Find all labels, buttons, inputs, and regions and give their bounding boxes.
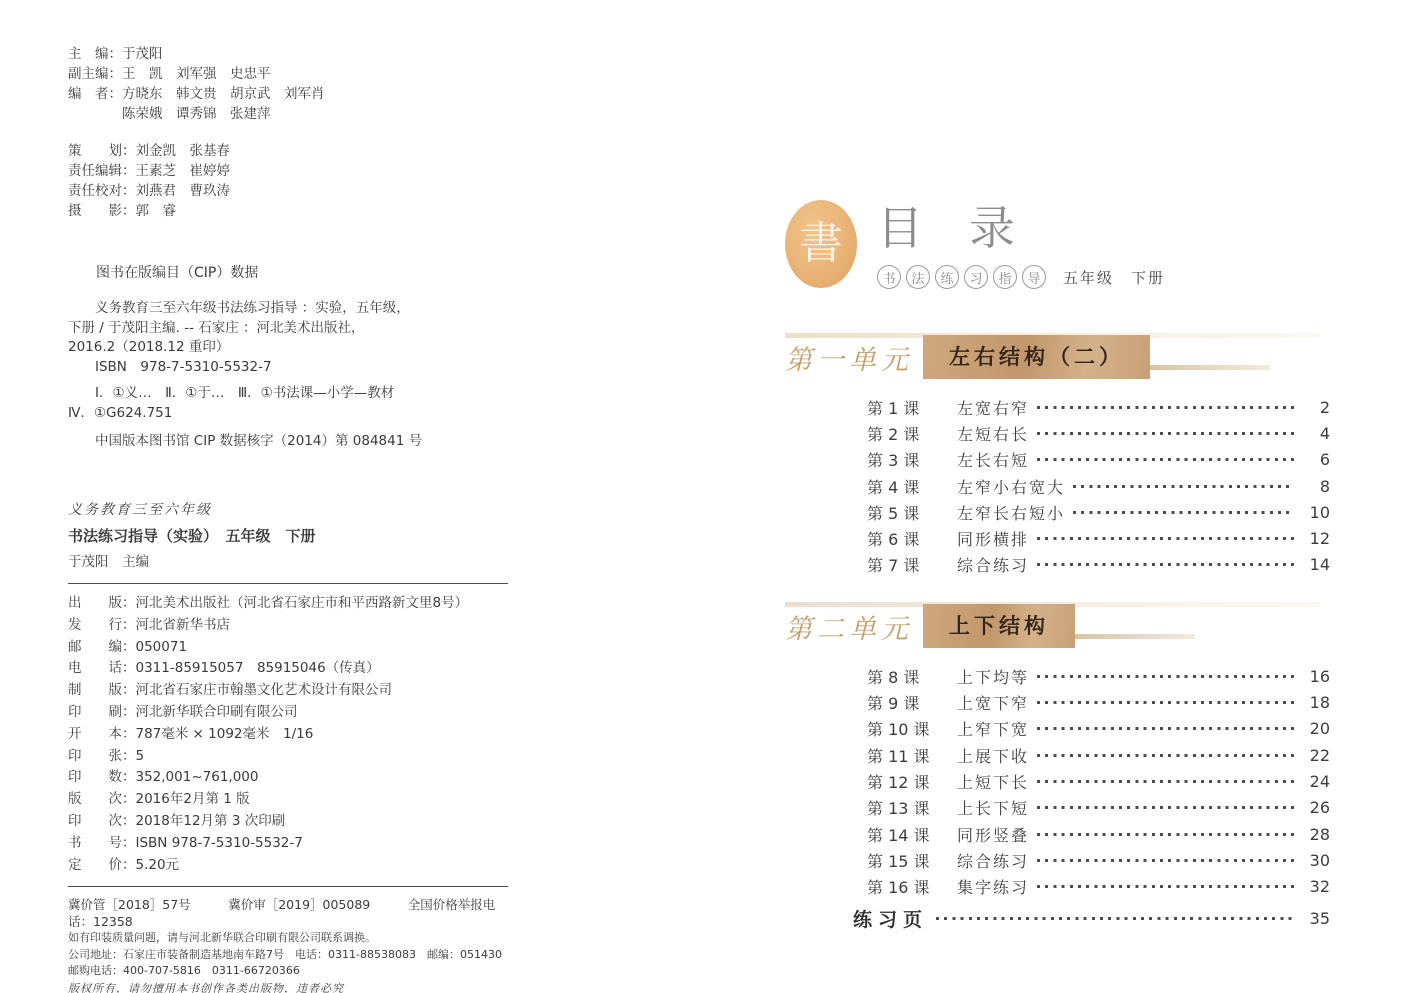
lesson-title: 同形横排 [957, 527, 1029, 550]
cip-paragraph: 义务教育三至六年级书法练习指导 ：实验，五年级，下册 / 于茂阳主编. -- 石… [68, 299, 707, 377]
page-number: 24 [1302, 772, 1330, 791]
page-number: 12 [1302, 529, 1330, 548]
dotted-leader [1037, 675, 1294, 678]
lesson-number: 第 8 课 [867, 665, 957, 688]
toc-page-title: 目 录 [877, 200, 1165, 256]
toc-entry: 第 1 课 左宽右窄 2 [867, 394, 1330, 420]
lesson-number: 第 5 课 [867, 501, 957, 524]
toc-header: 書 目 录 书法练习指导 五年级 下册 [785, 200, 1330, 289]
page-number: 22 [1302, 746, 1330, 765]
toc-subtitle: 书法练习指导 五年级 下册 [877, 265, 1165, 289]
fine-print-line: 如有印装质量问题，请与河北新华联合印刷有限公司联系调换。 [68, 930, 513, 947]
unit-2-title: 上下结构 [949, 613, 1049, 638]
unit-1-lesson-list: 第 1 课 左宽右窄 2 第 2 课 左短右长 4 第 3 课 [785, 394, 1330, 578]
lesson-number: 第 15 课 [867, 849, 957, 872]
dotted-leader [1037, 780, 1294, 783]
lesson-number: 第 3 课 [867, 448, 957, 471]
page-number: 2 [1302, 398, 1330, 417]
staff-line: 陈荣娥 谭秀锦 张建萍 [68, 104, 707, 124]
cip-line: ISBN 978-7-5310-5532-7 [68, 358, 707, 378]
page-number: 6 [1302, 450, 1330, 469]
grade-volume-label: 五年级 下册 [1063, 267, 1165, 288]
lesson-number: 第 6 课 [867, 527, 957, 550]
staff-line: 责任校对：刘燕君 曹玖涛 [68, 181, 707, 201]
copyright-line: 版权所有，请勿擅用本书创作各类出版物，违者必究 [68, 980, 513, 993]
page-number: 8 [1302, 477, 1330, 496]
unit-1-title: 左右结构（二） [949, 344, 1124, 369]
publication-line: 出 版：河北美术出版社（河北省石家庄市和平西路新文里8号） [68, 593, 707, 615]
publication-line: 定 价：5.20元 [68, 855, 707, 877]
circled-char: 导 [1022, 265, 1046, 289]
staff-line: 策 划：刘金凯 张基春 [68, 141, 707, 161]
dotted-leader [1037, 432, 1294, 435]
lesson-title: 上窄下宽 [957, 717, 1029, 740]
toc-page: 書 目 录 书法练习指导 五年级 下册 第一单元 左右结构（二） [707, 0, 1413, 993]
publication-line: 印 刷：河北新华联合印刷有限公司 [68, 702, 707, 724]
cip-data-block: 图书在版编目（CIP）数据 义务教育三至六年级书法练习指导 ：实验，五年级，下册… [68, 263, 707, 451]
publication-line: 邮 编：050071 [68, 637, 707, 659]
cip-line: 义务教育三至六年级书法练习指导 ：实验，五年级， [68, 299, 707, 319]
publication-info: 出 版：河北美术出版社（河北省石家庄市和平西路新文里8号）发 行：河北省新华书店… [68, 593, 707, 876]
lesson-title: 综合练习 [957, 849, 1029, 872]
editorial-credits: 策 划：刘金凯 张基春责任编辑：王素芝 崔婷婷责任校对：刘燕君 曹玖涛摄 影：郭… [68, 141, 707, 221]
circled-char: 书 [877, 265, 901, 289]
publication-line: 电 话：0311-85915057 85915046（传真） [68, 658, 707, 680]
book-title: 书法练习指导（实验） 五年级 下册 [68, 524, 707, 548]
calligraphy-seal-icon: 書 [785, 200, 857, 288]
unit-1-label: 第一单元 [785, 338, 913, 377]
lesson-title: 左窄小右宽大 [957, 475, 1065, 498]
toc-entry: 第 15 课 综合练习 30 [867, 847, 1330, 873]
toc-entry: 第 8 课 上下均等 16 [867, 663, 1330, 689]
unit-2-tail-decoration [1075, 634, 1195, 639]
publication-line: 版 次：2016年2月第 1 版 [68, 789, 707, 811]
dotted-leader [1037, 701, 1294, 704]
unit-2-band: 上下结构 [923, 604, 1075, 648]
toc-entry: 第 13 课 上长下短 26 [867, 795, 1330, 821]
lesson-title: 上短下长 [957, 770, 1029, 793]
toc-entry: 第 5 课 左窄长右短小 10 [867, 499, 1330, 525]
dotted-leader [1037, 563, 1294, 566]
book-spread: 主 编：于茂阳副主编：王 凯 刘军强 史忠平编 者：方晓东 韩文贵 胡京武 刘军… [0, 0, 1413, 993]
page-number: 4 [1302, 424, 1330, 443]
staff-credits: 主 编：于茂阳副主编：王 凯 刘军强 史忠平编 者：方晓东 韩文贵 胡京武 刘军… [68, 44, 707, 124]
circled-char: 指 [993, 265, 1017, 289]
lesson-title: 左宽右窄 [957, 396, 1029, 419]
lesson-title: 左短右长 [957, 422, 1029, 445]
dotted-leader [1037, 458, 1294, 461]
dotted-leader [1037, 406, 1294, 409]
lesson-title: 上长下短 [957, 796, 1029, 819]
lesson-title: 左长右短 [957, 448, 1029, 471]
page-number: 20 [1302, 719, 1330, 738]
toc-entry: 第 14 课 同形竖叠 28 [867, 821, 1330, 847]
cip-class-line: Ⅳ．①G624.751 [68, 403, 707, 423]
toc-entry: 第 2 课 左短右长 4 [867, 420, 1330, 446]
toc-entry: 第 7 课 综合练习 14 [867, 552, 1330, 578]
publication-line: 印 张：5 [68, 746, 707, 768]
circled-series-title: 书法练习指导 [877, 265, 1051, 289]
cip-line: 下册 / 于茂阳主编. -- 石家庄 ：河北美术出版社， [68, 319, 707, 339]
lesson-title: 上宽下窄 [957, 691, 1029, 714]
publication-line: 开 本：787毫米 × 1092毫米 1/16 [68, 724, 707, 746]
spacer [68, 124, 707, 141]
staff-line: 编 者：方晓东 韩文贵 胡京武 刘军肖 [68, 84, 707, 104]
fine-print-block: 冀价管［2018］57号 冀价审［2019］005089 全国价格举报电话：12… [68, 896, 513, 993]
dotted-leader [1037, 537, 1294, 540]
lesson-title: 左窄长右短小 [957, 501, 1065, 524]
dotted-leader [1073, 485, 1294, 488]
unit-2-lesson-list: 第 8 课 上下均等 16 第 9 课 上宽下窄 18 第 10 课 [785, 663, 1330, 900]
cip-registry-number: 中国版本图书馆 CIP 数据核字（2014）第 084841 号 [68, 431, 707, 451]
lesson-number: 第 7 课 [867, 553, 957, 576]
page-number: 26 [1302, 798, 1330, 817]
practice-pages-entry: 练习页 35 [785, 905, 1330, 933]
lesson-number: 第 10 课 [867, 717, 957, 740]
dotted-leader [936, 917, 1294, 920]
toc-entry: 第 10 课 上窄下宽 20 [867, 716, 1330, 742]
page-number: 28 [1302, 825, 1330, 844]
cip-class-line: Ⅰ．①义… Ⅱ．①于… Ⅲ．①书法课—小学—教材 [68, 383, 707, 403]
fine-print-line: 邮购电话：400-707-5816 0311-66720366 [68, 963, 513, 980]
toc-entry: 第 11 课 上展下收 22 [867, 742, 1330, 768]
page-number: 14 [1302, 555, 1330, 574]
seal-character: 書 [799, 222, 843, 266]
lesson-number: 第 4 课 [867, 475, 957, 498]
toc-title-wrap: 目 录 书法练习指导 五年级 下册 [877, 200, 1165, 289]
dotted-leader [1037, 754, 1294, 757]
lesson-number: 第 2 课 [867, 422, 957, 445]
lesson-number: 第 1 课 [867, 396, 957, 419]
dotted-leader [1037, 885, 1294, 888]
divider-bottom [68, 886, 508, 887]
lesson-title: 同形竖叠 [957, 823, 1029, 846]
staff-line: 责任编辑：王素芝 崔婷婷 [68, 161, 707, 181]
dotted-leader [1037, 806, 1294, 809]
lesson-number: 第 16 课 [867, 875, 957, 898]
toc-entry: 第 9 课 上宽下窄 18 [867, 689, 1330, 715]
lesson-title: 上下均等 [957, 665, 1029, 688]
page-number: 16 [1302, 667, 1330, 686]
circled-char: 习 [964, 265, 988, 289]
publication-line: 制 版：河北省石家庄市翰墨文化艺术设计有限公司 [68, 680, 707, 702]
unit-2-header: 第二单元 上下结构 [785, 604, 1330, 648]
publication-line: 印 次：2018年12月第 3 次印刷 [68, 811, 707, 833]
unit-1-tail-decoration [1150, 365, 1270, 370]
unit-section-2: 第二单元 上下结构 第 8 课 上下均等 16 第 9 课 [785, 604, 1330, 900]
dotted-leader [1037, 833, 1294, 836]
page-number: 18 [1302, 693, 1330, 712]
staff-line: 主 编：于茂阳 [68, 44, 707, 64]
lesson-number: 第 13 课 [867, 796, 957, 819]
fine-print-lines: 如有印装质量问题，请与河北新华联合印刷有限公司联系调换。公司地址：石家庄市装备制… [68, 930, 513, 980]
publication-line: 印 数：352,001~761,000 [68, 767, 707, 789]
book-title-block: 义务教育三至六年级 书法练习指导（实验） 五年级 下册 于茂阳 主编 [68, 499, 707, 573]
lesson-title: 上展下收 [957, 744, 1029, 767]
toc-entry: 第 12 课 上短下长 24 [867, 768, 1330, 794]
toc-entry: 第 6 课 同形横排 12 [867, 525, 1330, 551]
publication-line: 书 号：ISBN 978-7-5310-5532-7 [68, 833, 707, 855]
publication-line: 发 行：河北省新华书店 [68, 615, 707, 637]
lesson-number: 第 14 课 [867, 823, 957, 846]
price-notice-line: 冀价管［2018］57号 冀价审［2019］005089 全国价格举报电话：12… [68, 896, 513, 930]
divider-top [68, 583, 508, 584]
dotted-leader [1037, 859, 1294, 862]
page-number: 10 [1302, 503, 1330, 522]
unit-1-band: 左右结构（二） [923, 335, 1150, 379]
page-number: 35 [1302, 909, 1330, 928]
unit-1-header: 第一单元 左右结构（二） [785, 335, 1330, 379]
toc-entry: 第 16 课 集字练习 32 [867, 873, 1330, 899]
lesson-number: 第 9 课 [867, 691, 957, 714]
page-number: 30 [1302, 851, 1330, 870]
circled-char: 练 [935, 265, 959, 289]
cip-line: 2016.2（2018.12 重印） [68, 338, 707, 358]
staff-line: 摄 影：郭 睿 [68, 201, 707, 221]
circled-char: 法 [906, 265, 930, 289]
dotted-leader [1073, 511, 1294, 514]
book-editor: 于茂阳 主编 [68, 551, 707, 573]
cip-classification: Ⅰ．①义… Ⅱ．①于… Ⅲ．①书法课—小学—教材Ⅳ．①G624.751 [68, 383, 707, 423]
toc-entry: 第 3 课 左长右短 6 [867, 447, 1330, 473]
fine-print-line: 公司地址：石家庄市装备制造基地南车路7号 电话：0311-88538083 邮编… [68, 947, 513, 964]
lesson-title: 集字练习 [957, 875, 1029, 898]
lesson-number: 第 11 课 [867, 744, 957, 767]
series-title: 义务教育三至六年级 [68, 499, 707, 521]
cip-heading: 图书在版编目（CIP）数据 [68, 263, 707, 283]
toc-entry: 第 4 课 左窄小右宽大 8 [867, 473, 1330, 499]
page-number: 32 [1302, 877, 1330, 896]
practice-pages-title: 练习页 [853, 905, 928, 932]
colophon-page: 主 编：于茂阳副主编：王 凯 刘军强 史忠平编 者：方晓东 韩文贵 胡京武 刘军… [0, 0, 707, 993]
staff-line: 副主编：王 凯 刘军强 史忠平 [68, 64, 707, 84]
unit-section-1: 第一单元 左右结构（二） 第 1 课 左宽右窄 2 第 2 [785, 335, 1330, 578]
unit-2-label: 第二单元 [785, 607, 913, 646]
lesson-title: 综合练习 [957, 553, 1029, 576]
lesson-number: 第 12 课 [867, 770, 957, 793]
dotted-leader [1037, 727, 1294, 730]
